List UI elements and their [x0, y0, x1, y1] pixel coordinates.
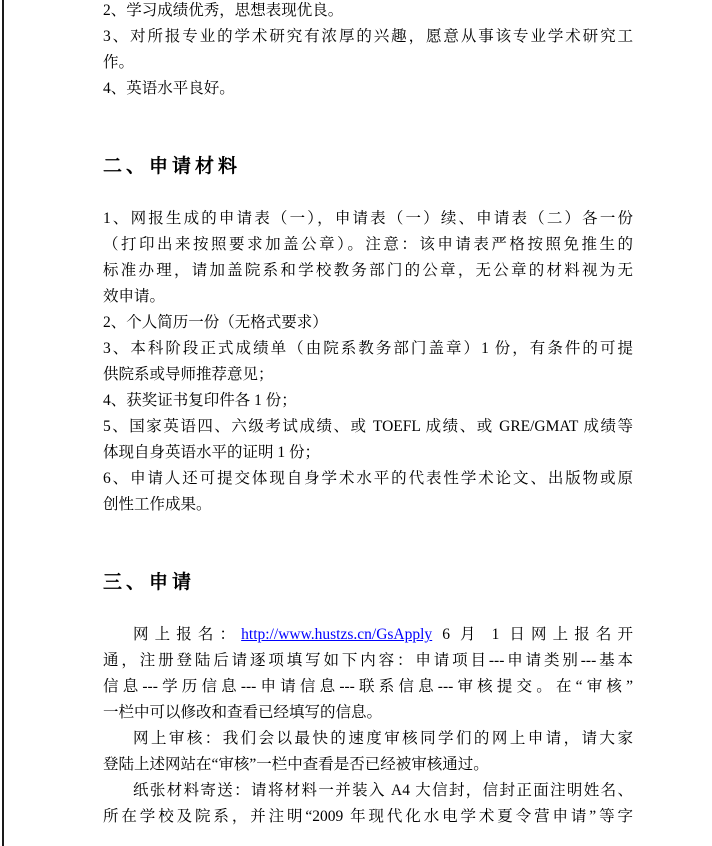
text-line: 效申请。 [103, 284, 633, 310]
text-line: 4、获奖证书复印件各 1 份； [103, 388, 633, 414]
page-left-edge-line [2, 0, 4, 846]
text-line: 4、英语水平良好。 [103, 76, 633, 102]
text-line: 3、本科阶段正式成绩单（由院系教务部门盖章）1 份，有条件的可提 [103, 336, 633, 362]
text-line: 纸张材料寄送：请将材料一并装入 A4 大信封，信封正面注明姓名、 [103, 778, 633, 804]
text-line: 一栏中可以修改和查看已经填写的信息。 [103, 700, 633, 726]
text-line: 标准办理，请加盖院系和学校教务部门的公章，无公章的材料视为无 [103, 258, 633, 284]
section-heading: 二、申请材料 [103, 154, 633, 180]
blank-line [103, 180, 633, 206]
text-line: 2、个人简历一份（无格式要求） [103, 310, 633, 336]
text-line: 体现自身英语水平的证明 1 份； [103, 440, 633, 466]
text-line: 作。 [103, 50, 633, 76]
blank-line [103, 544, 633, 570]
text-line: 1、网报生成的申请表（一），申请表（一）续、申请表（二）各一份 [103, 206, 633, 232]
text-line: 6、申请人还可提交体现自身学术水平的代表性学术论文、出版物或原 [103, 466, 633, 492]
section-heading: 三、申请 [103, 570, 633, 596]
text-line: 网上审核：我们会以最快的速度审核同学们的网上申请，请大家 [103, 726, 633, 752]
document-page: 2、学习成绩优秀，思想表现优良。3、对所报专业的学术研究有浓厚的兴趣，愿意从事该… [0, 0, 712, 846]
text-line: 所在学校及院系，并注明“2009 年现代化水电学术夏令营申请”等字 [103, 804, 633, 830]
text-line: 5、国家英语四、六级考试成绩、或 TOEFL 成绩、或 GRE/GMAT 成绩等 [103, 414, 633, 440]
text-line: 通，注册登陆后请逐项填写如下内容：申请项目---申请类别---基本 [103, 648, 633, 674]
text-line: 信息---学历信息---申请信息---联系信息---审核提交。在“审核” [103, 674, 633, 700]
text-line: 网上报名：http://www.hustzs.cn/GsApply 6 月 1 … [103, 622, 633, 648]
text-line: 创性工作成果。 [103, 492, 633, 518]
text-line: 3、对所报专业的学术研究有浓厚的兴趣，愿意从事该专业学术研究工 [103, 24, 633, 50]
text-segment: 网上报名： [133, 626, 241, 643]
text-line: （打印出来按照要求加盖公章）。注意：该申请表严格按照免推生的 [103, 232, 633, 258]
gsapply-link[interactable]: http://www.hustzs.cn/GsApply [241, 626, 432, 643]
blank-line [103, 102, 633, 128]
blank-line [103, 518, 633, 544]
document-body: 2、学习成绩优秀，思想表现优良。3、对所报专业的学术研究有浓厚的兴趣，愿意从事该… [103, 0, 633, 830]
text-segment: 6 月 1 日网上报名开 [432, 626, 633, 643]
text-line: 登陆上述网站在“审核”一栏中查看是否已经被审核通过。 [103, 752, 633, 778]
text-line: 2、学习成绩优秀，思想表现优良。 [103, 0, 633, 24]
blank-line [103, 596, 633, 622]
blank-line [103, 128, 633, 154]
text-line: 供院系或导师推荐意见； [103, 362, 633, 388]
